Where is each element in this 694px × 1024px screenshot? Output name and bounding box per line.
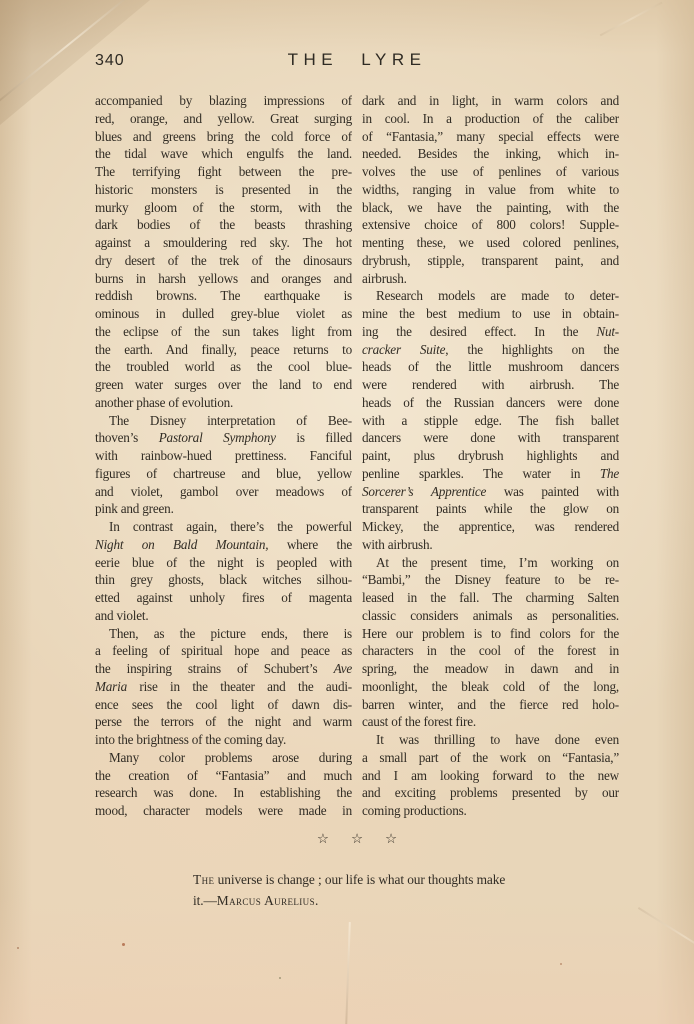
text-line: mine the best medium to use in obtain- — [362, 305, 619, 323]
foxing-spot — [122, 943, 125, 946]
paper-crease — [600, 2, 663, 36]
text-line: black, we have the painting, with the — [362, 199, 619, 217]
text-line: menting these, we used colored penlines, — [362, 234, 619, 252]
text-line: dark bodies of the beasts thrashing — [95, 216, 352, 234]
text-line: In contrast again, there’s the powerful — [95, 518, 352, 536]
text-line: Then, as the picture ends, there is — [95, 625, 352, 643]
star-icon: ☆ — [351, 831, 363, 847]
text-line: the inspiring strains of Schubert’s Ave — [95, 660, 352, 678]
text-line: the eclipse of the sun takes light from — [95, 323, 352, 341]
text-line: with airbrush. — [362, 536, 619, 554]
text-line: were rendered with airbrush. The — [362, 376, 619, 394]
text-line: leased in the fall. The charming Salten — [362, 589, 619, 607]
text-line: spring, the meadow in dawn and in — [362, 660, 619, 678]
text-line: the tidal wave which engulfs the land. — [95, 145, 352, 163]
text-line: moonlight, the bleak cold of the long, — [362, 678, 619, 696]
text-line: the creation of “Fantasia” and much — [95, 767, 352, 785]
text-line: dancers were done with transparent — [362, 429, 619, 447]
text-line: into the brightness of the coming day. — [95, 731, 352, 749]
text-line: cracker Suite, the highlights on the — [362, 341, 619, 359]
text-line: a small part of the work on “Fantasia,” — [362, 749, 619, 767]
text-line: eerie blue of the night is peopled with — [95, 554, 352, 572]
text-line: perse the terrors of the night and warm — [95, 713, 352, 731]
text-line: burns in harsh yellows and oranges and — [95, 270, 352, 288]
text-line: Here our problem is to find colors for t… — [362, 625, 619, 643]
text-line: of “Fantasia,” many special effects were — [362, 128, 619, 146]
text-line: research was done. In establishing the — [95, 784, 352, 802]
book-page: 340 THE LYRE accompanied by blazing impr… — [0, 0, 694, 1024]
text-line: Maria rise in the theater and the audi- — [95, 678, 352, 696]
foxing-spot — [17, 947, 19, 949]
text-line: red, orange, and yellow. Great surging — [95, 110, 352, 128]
section-divider-stars: ☆☆☆ — [95, 831, 619, 847]
text-line: and I am looking forward to the new — [362, 767, 619, 785]
text-line: heads of the Russian dancers were done — [362, 394, 619, 412]
text-line: At the present time, I’m working on — [362, 554, 619, 572]
foxing-spot — [279, 977, 281, 979]
quote-line: it.—Marcus Aurelius. — [193, 890, 565, 911]
text-line: widths, ranging in value from white to — [362, 181, 619, 199]
text-line: dry desert of the trek of the dinosaurs — [95, 252, 352, 270]
text-line: heads of the little mushroom dancers — [362, 358, 619, 376]
text-line: Research models are made to deter- — [362, 287, 619, 305]
foxing-spot — [560, 963, 562, 965]
page-title: THE LYRE — [95, 50, 619, 70]
text-line: figures of chartreuse and blue, yellow — [95, 465, 352, 483]
text-line: against a smouldering red sky. The hot — [95, 234, 352, 252]
text-line: “Bambi,” the Disney feature to be re- — [362, 571, 619, 589]
text-line: The terrifying fight between the pre- — [95, 163, 352, 181]
text-line: ominous in dulled grey-blue violet as — [95, 305, 352, 323]
column-right: dark and in light, in warm colors andin … — [362, 92, 619, 820]
text-line: blues and greens bring the cold force of — [95, 128, 352, 146]
text-line: with a stipple edge. The fish ballet — [362, 412, 619, 430]
text-line: etted against unholy fires of magenta — [95, 589, 352, 607]
text-line: the troubled world as the cool blue- — [95, 358, 352, 376]
text-line: caust of the forest fire. — [362, 713, 619, 731]
quote-line: The universe is change ; our life is wha… — [193, 869, 565, 890]
paper-crease — [345, 922, 351, 1024]
text-line: accompanied by blazing impressions of — [95, 92, 352, 110]
text-line: dark and in light, in warm colors and — [362, 92, 619, 110]
text-line: and violet, gambol over meadows of — [95, 483, 352, 501]
column-left: accompanied by blazing impressions ofred… — [95, 92, 352, 820]
text-line: transparent paints while the glow on — [362, 500, 619, 518]
text-line: The Disney interpretation of Bee- — [95, 412, 352, 430]
text-line: barren winter, and the fierce red holo- — [362, 696, 619, 714]
text-line: extensive choice of 800 colors! Supple- — [362, 216, 619, 234]
text-line: volves the use of penlines of various — [362, 163, 619, 181]
text-line: another phase of evolution. — [95, 394, 352, 412]
text-line: airbrush. — [362, 270, 619, 288]
text-line: with rainbow-hued prettiness. Fanciful — [95, 447, 352, 465]
text-line: Night on Bald Mountain, where the — [95, 536, 352, 554]
text-line: Mickey, the apprentice, was rendered — [362, 518, 619, 536]
star-icon: ☆ — [317, 831, 329, 847]
text-line: paint, plus drybrush highlights and — [362, 447, 619, 465]
text-line: needed. Besides the inking, which in- — [362, 145, 619, 163]
text-line: a feeling of spiritual hope and peace as — [95, 642, 352, 660]
text-line: green water surges over the land to end — [95, 376, 352, 394]
text-line: classic considers animals as personaliti… — [362, 607, 619, 625]
text-line: ing the desired effect. In the Nut- — [362, 323, 619, 341]
footer-quote: The universe is change ; our life is wha… — [193, 869, 565, 911]
text-line: historic monsters is presented in the — [95, 181, 352, 199]
text-line: Sorcerer’s Apprentice was painted with — [362, 483, 619, 501]
text-line: coming productions. — [362, 802, 619, 820]
text-line: drybrush, stipple, transparent paint, an… — [362, 252, 619, 270]
text-line: penline sparkles. The water in The — [362, 465, 619, 483]
text-line: pink and green. — [95, 500, 352, 518]
text-line: thin grey ghosts, black witches silhou- — [95, 571, 352, 589]
text-line: Many color problems arose during — [95, 749, 352, 767]
text-line: characters in the cool of the forest in — [362, 642, 619, 660]
text-line: ence sees the cool light of dawn dis- — [95, 696, 352, 714]
text-line: thoven’s Pastoral Symphony is filled — [95, 429, 352, 447]
text-line: the earth. And finally, peace returns to — [95, 341, 352, 359]
text-line: murky gloom of the storm, with the — [95, 199, 352, 217]
text-line: and exciting problems presented by our — [362, 784, 619, 802]
text-line: and violet. — [95, 607, 352, 625]
text-line: mood, character models were made in — [95, 802, 352, 820]
text-line: reddish browns. The earthquake is — [95, 287, 352, 305]
star-icon: ☆ — [385, 831, 397, 847]
text-line: It was thrilling to have done even — [362, 731, 619, 749]
text-line: in cool. In a production of the caliber — [362, 110, 619, 128]
page-header: 340 THE LYRE — [95, 50, 619, 74]
paper-crease — [638, 907, 694, 967]
